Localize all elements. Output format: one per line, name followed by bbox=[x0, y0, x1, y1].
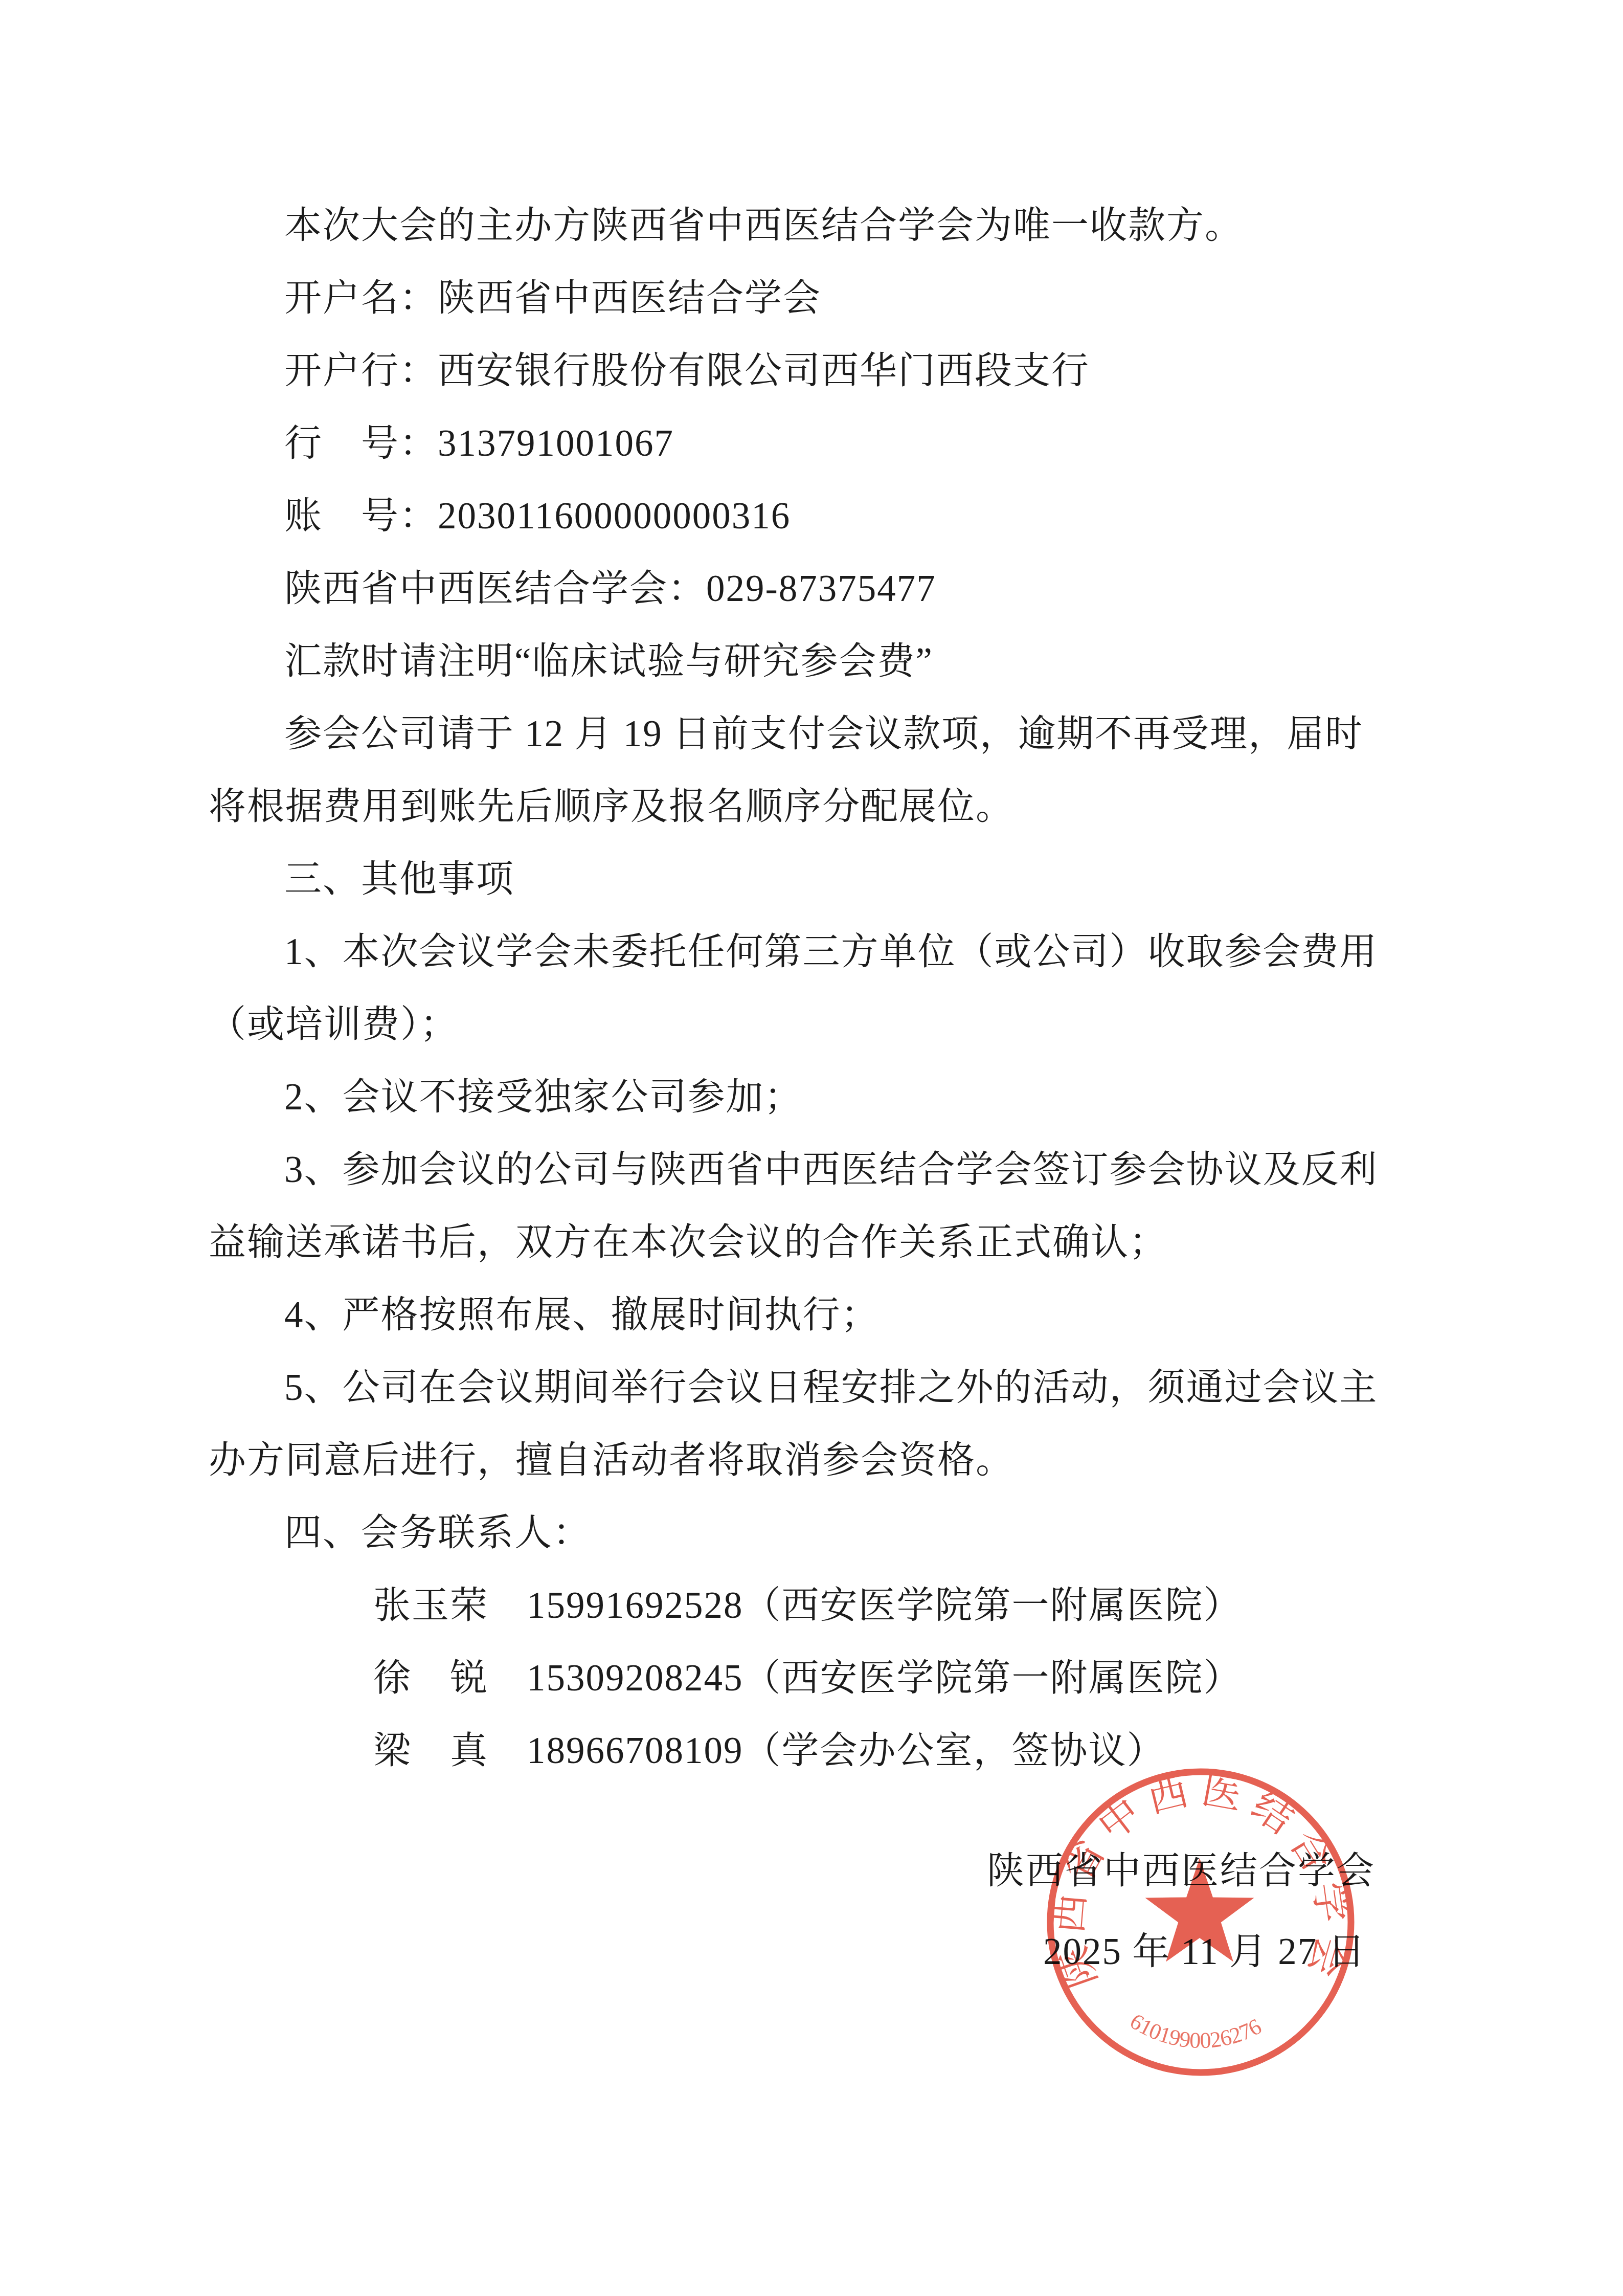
text-line: 四、会务联系人： bbox=[209, 1497, 1431, 1569]
text-line: 徐 锐 15309208245（西安医学院第一附属医院） bbox=[209, 1642, 1431, 1714]
text-line: 益输送承诺书后，双方在本次会议的合作关系正式确认； bbox=[209, 1206, 1431, 1279]
text-line: 账 号：203011600000000316 bbox=[209, 480, 1431, 552]
seal-registration-number: 6101990026276 bbox=[1125, 2009, 1267, 2054]
text-line: 5、公司在会议期间举行会议日程安排之外的活动，须通过会议主 bbox=[209, 1351, 1431, 1424]
star-icon bbox=[1145, 1858, 1254, 1962]
text-line: 2、会议不接受独家公司参加； bbox=[209, 1061, 1431, 1133]
text-line: 开户行：西安银行股份有限公司西华门西段支行 bbox=[209, 335, 1431, 407]
text-line: 三、其他事项 bbox=[209, 843, 1431, 916]
text-line: 行 号：313791001067 bbox=[209, 407, 1431, 480]
document-body: 本次大会的主办方陕西省中西医结合学会为唯一收款方。开户名：陕西省中西医结合学会开… bbox=[209, 189, 1431, 1787]
text-line: （或培训费）； bbox=[209, 988, 1431, 1061]
document-page: 本次大会的主办方陕西省中西医结合学会为唯一收款方。开户名：陕西省中西医结合学会开… bbox=[0, 0, 1623, 2296]
text-line: 参会公司请于 12 月 19 日前支付会议款项，逾期不再受理，届时 bbox=[209, 698, 1431, 770]
text-line: 3、参加会议的公司与陕西省中西医结合学会签订参会协议及反利 bbox=[209, 1133, 1431, 1206]
text-line: 汇款时请注明“临床试验与研究参会费” bbox=[209, 625, 1431, 698]
text-line: 张玉荣 15991692528（西安医学院第一附属医院） bbox=[209, 1569, 1431, 1642]
text-line: 陕西省中西医结合学会：029-87375477 bbox=[209, 552, 1431, 625]
text-line: 4、严格按照布展、撤展时间执行； bbox=[209, 1279, 1431, 1351]
text-line: 开户名：陕西省中西医结合学会 bbox=[209, 262, 1431, 335]
text-line: 将根据费用到账先后顺序及报名顺序分配展位。 bbox=[209, 770, 1431, 843]
official-seal: 陕西省中西医结合学会 6101990026276 bbox=[1032, 1755, 1369, 2093]
text-line: 1、本次会议学会未委托任何第三方单位（或公司）收取参会费用 bbox=[209, 916, 1431, 988]
text-line: 本次大会的主办方陕西省中西医结合学会为唯一收款方。 bbox=[209, 189, 1431, 262]
text-line: 办方同意后进行，擅自活动者将取消参会资格。 bbox=[209, 1424, 1431, 1497]
